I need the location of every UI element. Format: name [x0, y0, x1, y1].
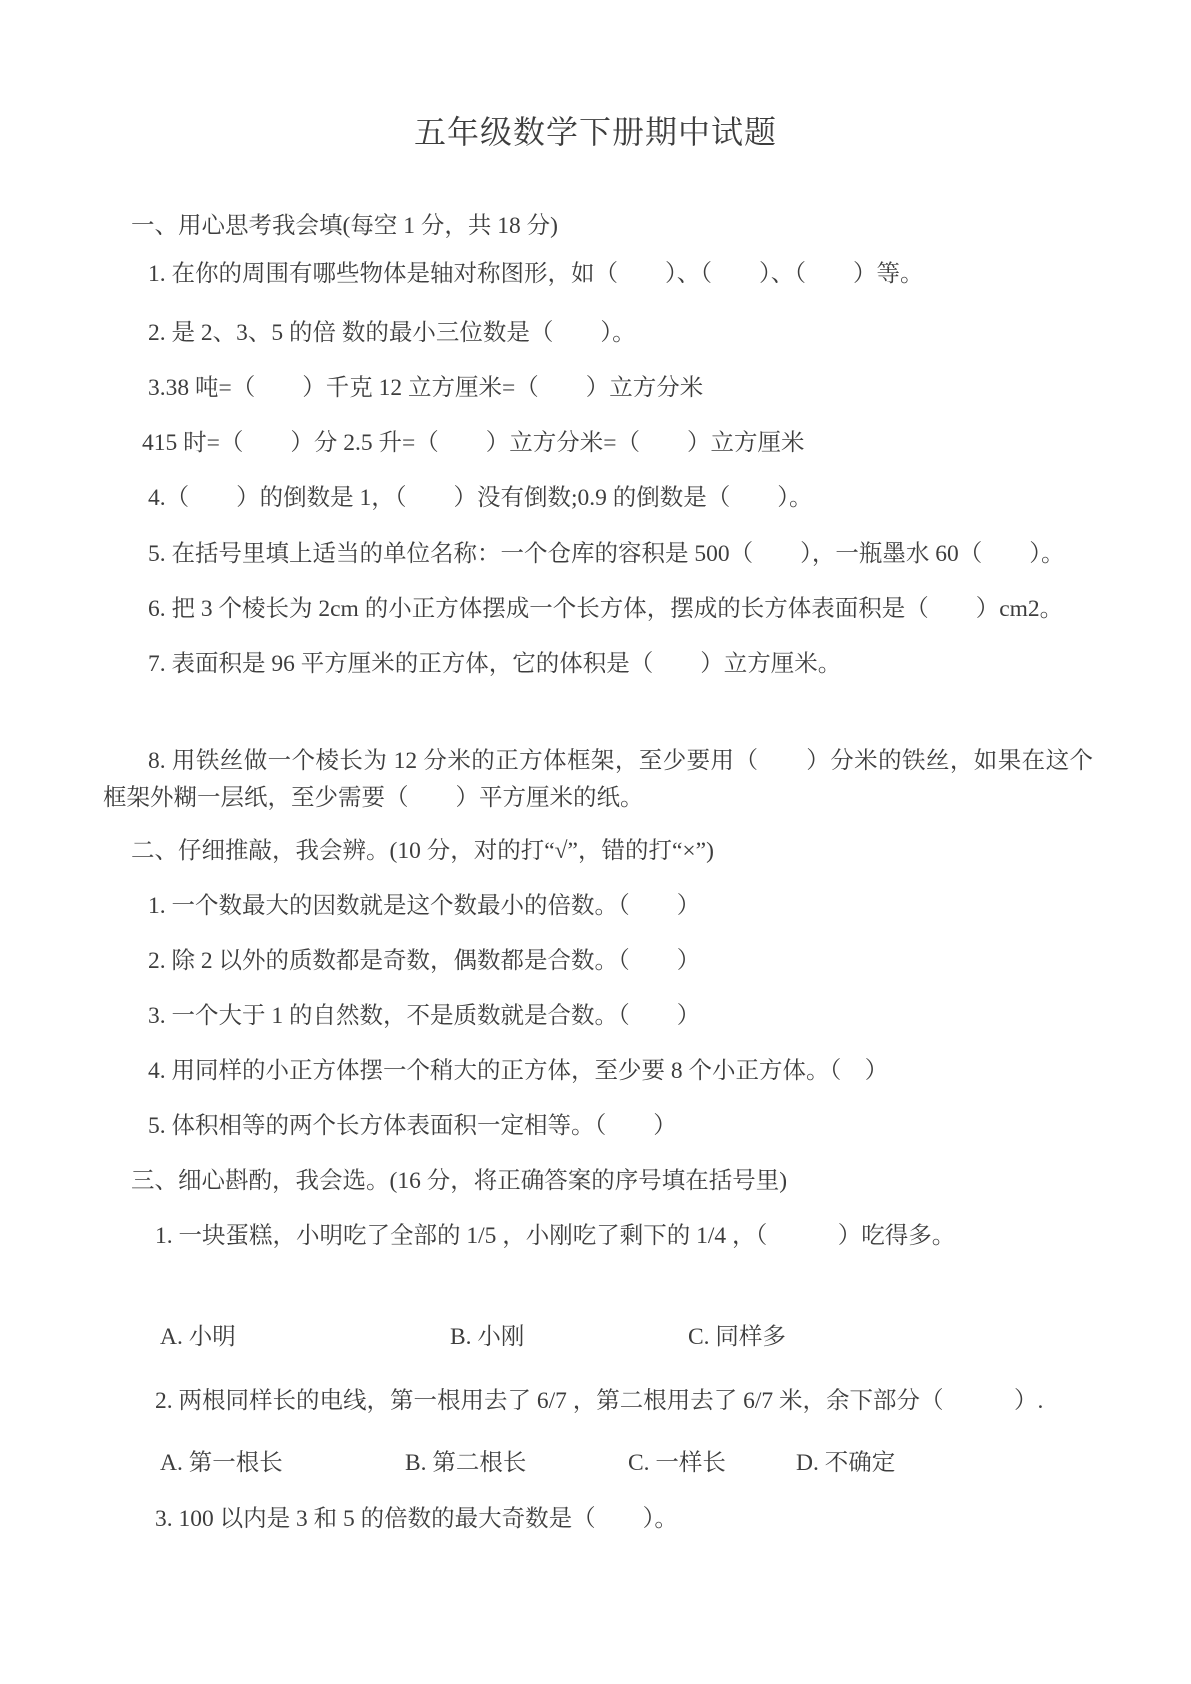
section-1-question-3b: 415 时=（ ）分 2.5 升=（ ）立方分米=（ ）立方厘米 [142, 425, 805, 462]
section-2-question-5: 5. 体积相等的两个长方体表面积一定相等。（ ） [148, 1108, 677, 1145]
option-c: C. 同样多 [688, 1319, 786, 1356]
section-3-heading: 三、细心斟酌，我会选。(16 分，将正确答案的序号填在括号里) [131, 1163, 787, 1200]
section-1-question-5: 5. 在括号里填上适当的单位名称：一个仓库的容积是 500（ ），一瓶墨水 60… [148, 536, 1065, 573]
section-2-question-4: 4. 用同样的小正方体摆一个稍大的正方体，至少要 8 个小正方体。（ ） [148, 1053, 888, 1090]
section-2-question-1: 1. 一个数最大的因数就是这个数最小的倍数。（ ） [148, 888, 700, 925]
section-2-question-3: 3. 一个大于 1 的自然数，不是质数就是合数。（ ） [148, 998, 700, 1035]
option-c: C. 一样长 [628, 1445, 726, 1482]
section-3-question-1: 1. 一块蛋糕，小明吃了全部的 1/5 ，小刚吃了剩下的 1/4 ，（ ）吃得多… [155, 1218, 955, 1255]
section-3-question-3: 3. 100 以内是 3 和 5 的倍数的最大奇数是（ ）。 [155, 1501, 678, 1538]
section-1-question-1: 1. 在你的周围有哪些物体是轴对称图形，如（ ）、（ ）、（ ）等。 [148, 256, 924, 293]
section-2-heading: 二、仔细推敲，我会辨。(10 分，对的打“√”，错的打“×”) [131, 833, 714, 870]
option-b: B. 小刚 [450, 1319, 524, 1356]
section-1-question-8: 8. 用铁丝做一个棱长为 12 分米的正方体框架，至少要用（ ）分米的铁丝，如果… [103, 743, 1093, 817]
section-1-question-6: 6. 把 3 个棱长为 2cm 的小正方体摆成一个长方体，摆成的长方体表面积是（… [148, 591, 1063, 628]
section-2-question-2: 2. 除 2 以外的质数都是奇数，偶数都是合数。（ ） [148, 943, 700, 980]
section-1-question-4: 4.（ ）的倒数是 1，（ ）没有倒数;0.9 的倒数是（ ）。 [148, 480, 813, 517]
option-d: D. 不确定 [796, 1445, 895, 1482]
section-3-question-2: 2. 两根同样长的电线，第一根用去了 6/7 ，第二根用去了 6/7 米，余下部… [155, 1383, 1043, 1420]
section-1-question-7: 7. 表面积是 96 平方厘米的正方体，它的体积是（ ）立方厘米。 [148, 646, 841, 683]
option-a: A. 第一根长 [160, 1445, 283, 1482]
option-a: A. 小明 [160, 1319, 236, 1356]
section-1-question-2: 2. 是 2、3、5 的倍 数的最小三位数是（ ）。 [148, 315, 636, 352]
option-b: B. 第二根长 [405, 1445, 526, 1482]
exam-paper-page: 五年级数学下册期中试题 一、用心思考我会填(每空 1 分，共 18 分) 1. … [0, 0, 1191, 1684]
exam-title: 五年级数学下册期中试题 [0, 110, 1191, 154]
section-1-heading: 一、用心思考我会填(每空 1 分，共 18 分) [131, 208, 558, 245]
section-1-question-3a: 3.38 吨=（ ）千克 12 立方厘米=（ ）立方分米 [148, 370, 703, 407]
